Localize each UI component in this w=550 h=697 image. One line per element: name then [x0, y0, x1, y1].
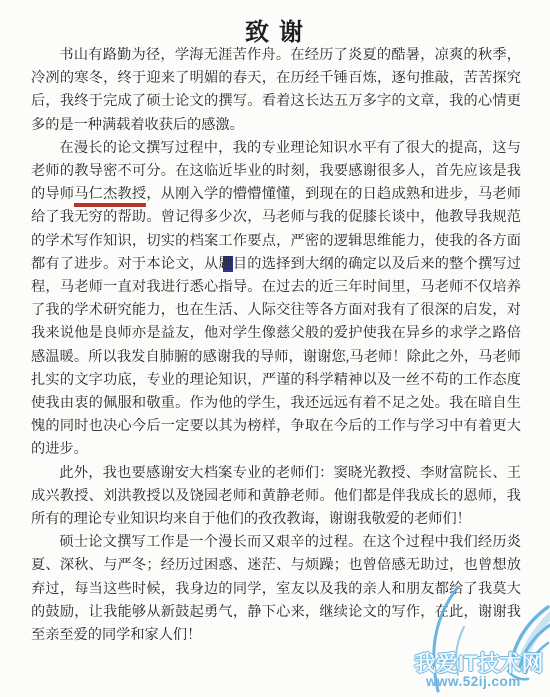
paragraph: 书山有路勤为径，学海无涯苦作舟。在经历了炎夏的酷暑，凉爽的秋季，冷冽的寒冬，终于… — [31, 44, 521, 137]
highlighted-character: 题 — [218, 256, 232, 272]
text-segment: 目的选择到大纲的确定以及后来的整个撰写过程，马老师一直对我进行悉心指导。在过去的… — [31, 256, 521, 458]
paragraph: 此外，我也要感谢安大档案专业的老师们：窦晓光教授、李财富院长、王成兴教授、刘洪教… — [31, 462, 521, 532]
paragraph: 在漫长的论文撰写过程中，我的专业理论知识水平有了很大的提高，这与老师的教导密不可… — [31, 137, 521, 462]
scanned-document-page: 致 谢 书山有路勤为径，学海无涯苦作舟。在经历了炎夏的酷暑，凉爽的秋季，冷冽的寒… — [0, 0, 550, 697]
text-segment: 硕士论文撰写工作是一个漫长而又艰辛的过程。在这个过程中我们经历炎夏、深秋、与严冬… — [31, 534, 521, 643]
watermark-site-name: 我爱IT技术网 — [414, 647, 544, 678]
advisor-name-red-underlined: 马仁杰教授 — [74, 186, 146, 207]
document-body: 书山有路勤为径，学海无涯苦作舟。在经历了炎夏的酷暑，凉爽的秋季，冷冽的寒冬，终于… — [31, 44, 521, 647]
watermark-site-url: www.52ij.com — [426, 674, 521, 689]
text-segment: 书山有路勤为径，学海无涯苦作舟。在经历了炎夏的酷暑，凉爽的秋季，冷冽的寒冬，终于… — [31, 47, 521, 133]
paragraph: 硕士论文撰写工作是一个漫长而又艰辛的过程。在这个过程中我们经历炎夏、深秋、与严冬… — [31, 531, 521, 647]
document-title: 致 谢 — [0, 0, 550, 47]
text-segment: 此外，我也要感谢安大档案专业的老师们：窦晓光教授、李财富院长、王成兴教授、刘洪教… — [31, 465, 521, 527]
